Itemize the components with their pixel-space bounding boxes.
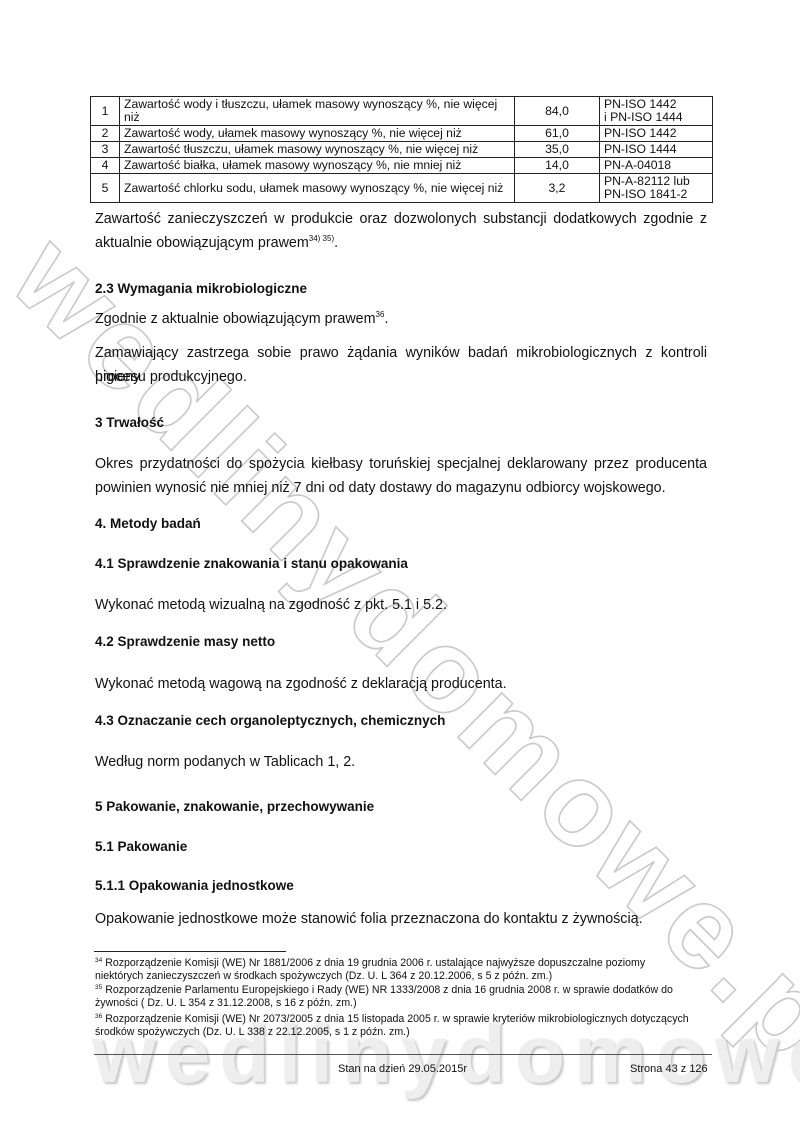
section-heading-5-1-1: 5.1.1 Opakowania jednostkowe <box>95 878 294 893</box>
footnote-36: 36 Rozporządzenie Komisji (WE) Nr 2073/2… <box>95 1013 707 1039</box>
table-row: 2 Zawartość wody, ułamek masowy wynosząc… <box>91 126 713 142</box>
parameter-name: Zawartość tłuszczu, ułamek masowy wynosz… <box>120 142 515 158</box>
page-number: Strona 43 z 126 <box>630 1063 708 1075</box>
row-number: 2 <box>91 126 120 142</box>
paragraph-4-3: Według norm podanych w Tablicach 1, 2. <box>95 750 707 774</box>
parameter-name: Zawartość wody i tłuszczu, ułamek masowy… <box>120 97 515 126</box>
test-method-line: PN-ISO 1841-2 <box>604 187 687 201</box>
test-method: PN-ISO 1442 <box>600 126 713 142</box>
section-heading-2-3: 2.3 Wymagania mikrobiologiczne <box>95 281 307 296</box>
parameter-value: 35,0 <box>515 142 600 158</box>
row-number: 1 <box>91 97 120 126</box>
contaminants-paragraph-line1: Zawartość zanieczyszczeń w produkcie ora… <box>95 207 707 231</box>
test-method: PN-ISO 1442i PN-ISO 1444 <box>600 97 713 126</box>
test-method: PN-A-04018 <box>600 158 713 174</box>
test-method: PN-A-82112 lubPN-ISO 1841-2 <box>600 174 713 203</box>
section-heading-4-1: 4.1 Sprawdzenie znakowania i stanu opako… <box>95 556 408 571</box>
section-heading-4: 4. Metody badań <box>95 516 201 531</box>
footnote-number: 36 <box>95 1013 102 1020</box>
contaminants-paragraph-line2: aktualnie obowiązującym prawem34) 35). <box>95 231 707 255</box>
footnote-text: niektórych zanieczyszczeń w środkach spo… <box>95 970 552 982</box>
row-number: 4 <box>91 158 120 174</box>
row-number: 5 <box>91 174 120 203</box>
paragraph-4-1: Wykonać metodą wizualną na zgodność z pk… <box>95 593 707 617</box>
footnote-separator <box>94 951 286 952</box>
section-heading-3: 3 Trwałość <box>95 415 164 430</box>
paragraph-5-1-1: Opakowanie jednostkowe może stanowić fol… <box>95 907 707 931</box>
contaminants-text: aktualnie obowiązującym prawem <box>95 235 309 251</box>
footer-date: Stan na dzień 29.05.2015r <box>338 1063 467 1075</box>
footnote-35: 35 Rozporządzenie Parlamentu Europejskie… <box>95 984 707 1010</box>
footnote-ref: 36 <box>376 310 385 319</box>
section-heading-4-3: 4.3 Oznaczanie cech organoleptycznych, c… <box>95 713 445 728</box>
test-method-line: i PN-ISO 1444 <box>604 110 683 124</box>
parameter-value: 84,0 <box>515 97 600 126</box>
table-row: 5 Zawartość chlorku sodu, ułamek masowy … <box>91 174 713 203</box>
test-method-line: PN-ISO 1442 <box>604 97 676 111</box>
footnote-text: Rozporządzenie Komisji (WE) Nr 1881/2006… <box>105 957 645 969</box>
paragraph-4-2: Wykonać metodą wagową na zgodność z dekl… <box>95 672 707 696</box>
footnote-number: 34 <box>95 957 102 964</box>
parameter-value: 61,0 <box>515 126 600 142</box>
footnote-text: Rozporządzenie Parlamentu Europejskiego … <box>105 984 673 996</box>
buyer-paragraph-line2: procesu produkcyjnego. <box>95 365 707 389</box>
footnote-ref: 34) 35) <box>309 234 334 243</box>
parameter-name: Zawartość chlorku sodu, ułamek masowy wy… <box>120 174 515 203</box>
document-page: wedlinydomowe.pl wedlinydomowe.pl 1 Zawa… <box>0 0 800 1132</box>
micro-text: Zgodnie z aktualnie obowiązującym prawem <box>95 311 376 327</box>
section-heading-5-1: 5.1 Pakowanie <box>95 839 187 854</box>
footnote-text: Rozporządzenie Komisji (WE) Nr 2073/2005… <box>105 1013 689 1025</box>
test-method-line: PN-A-82112 lub <box>604 174 690 188</box>
micro-paragraph: Zgodnie z aktualnie obowiązującym prawem… <box>95 307 707 331</box>
footnote-text: środków spożywczych (Dz. U. L 338 z 22.1… <box>95 1026 410 1038</box>
parameter-name: Zawartość wody, ułamek masowy wynoszący … <box>120 126 515 142</box>
section-heading-5: 5 Pakowanie, znakowanie, przechowywanie <box>95 799 374 814</box>
requirements-table: 1 Zawartość wody i tłuszczu, ułamek maso… <box>90 96 713 203</box>
footnote-text: żywności ( Dz. U. L 354 z 31.12.2008, s … <box>95 997 357 1009</box>
table-row: 3 Zawartość tłuszczu, ułamek masowy wyno… <box>91 142 713 158</box>
parameter-value: 3,2 <box>515 174 600 203</box>
footnote-34: 34 Rozporządzenie Komisji (WE) Nr 1881/2… <box>95 957 707 983</box>
shelf-life-paragraph-line1: Okres przydatności do spożycia kiełbasy … <box>95 452 707 476</box>
parameter-name: Zawartość białka, ułamek masowy wynosząc… <box>120 158 515 174</box>
section-heading-4-2: 4.2 Sprawdzenie masy netto <box>95 634 275 649</box>
test-method: PN-ISO 1444 <box>600 142 713 158</box>
row-number: 3 <box>91 142 120 158</box>
footnote-number: 35 <box>95 984 102 991</box>
parameter-value: 14,0 <box>515 158 600 174</box>
table-row: 1 Zawartość wody i tłuszczu, ułamek maso… <box>91 97 713 126</box>
table-row: 4 Zawartość białka, ułamek masowy wynosz… <box>91 158 713 174</box>
shelf-life-paragraph-line2: powinien wynosić nie mniej niż 7 dni od … <box>95 476 707 500</box>
footer-separator <box>94 1054 712 1055</box>
page-content: 1 Zawartość wody i tłuszczu, ułamek maso… <box>0 0 800 1132</box>
